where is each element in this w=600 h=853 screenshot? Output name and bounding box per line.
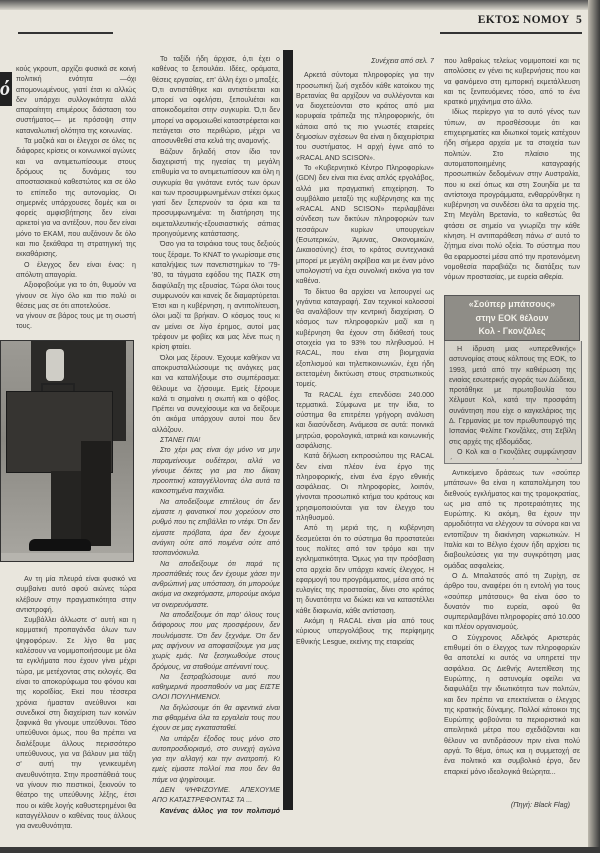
header-rule-left [18,32,113,34]
header-rule-right [440,32,582,34]
paragraph: ΣΤΑΝΕΙ ΠΙΑ! [152,435,280,445]
paragraph: Ο Δ. Μπαλατσός από τη Ζυρίχη, σε άρθρο τ… [444,571,580,633]
column-2: Το ταξίδι ήδη άρχισε, ό,τι έχει ο καθένα… [152,54,280,814]
column-3: Συνέχεια από σελ. 7 Αρκετά σύντομα πληρο… [296,56,434,816]
scan-shadow-right [588,0,600,853]
column-4-bottom: Αντικείμενο δράσεως των «σούπερ μπάτσων»… [444,468,580,796]
paragraph: Αξιοφοβούμε για το ότι, θυμούν να γίνουν… [16,280,136,311]
column-1-top: κούς γκρουπ, αρχίζει φυσικά σε κοινή πολ… [16,64,136,336]
paragraph: Να δηλώσουμε ότι θα αφεντικά είναι πια φ… [152,703,280,734]
boxed-article: Η ίδρυση μιας «υπερεθνικής» αστυνομίας σ… [444,341,582,464]
page-number: 5 [576,14,582,26]
paragraph: Τα RACAL έχει επενδύσει 240.000 τερματικ… [296,390,434,452]
paragraph: Αντικείμενο δράσεως των «σούπερ μπάτσων»… [444,468,580,571]
page-header: ΕΚΤΟΣ ΝΟΜΟΥ 5 [440,12,588,34]
paragraph: Το δίκτυο θα αρχίσει να λειτουργεί ως γι… [296,287,434,390]
paragraph: κούς γκρουπ, αρχίζει φυσικά σε κοινή πολ… [16,64,136,136]
boxed-article-headline: «Σούπερ μπάτσους» στην ΕΟΚ θέλουν Κολ - … [444,295,580,341]
paragraph: Να ξεστραβώσουμε αυτό που καθημερινά προ… [152,672,280,703]
paragraph: Συμβάλλει άλλωστε σ' αυτή και η κομματικ… [16,615,136,831]
paragraph: Όλοι μας ξέρουν. Έχουμε καθήκον να αποκρ… [152,353,280,435]
briefcase-photo [0,340,134,562]
boxed-article-text: Η ίδρυση μιας «υπερεθνικής» αστυνομίας σ… [449,344,576,460]
paragraph: Ο Σύγχρονος Αδελφός Αριστεράς επιθυμεί ό… [444,633,580,777]
paragraph: Ακόμη η RACAL είναι μία από τους κύριους… [296,616,434,647]
paragraph: Κατά δήλωση εκπροσώπου της RACAL δεν είν… [296,451,434,523]
edge-tab: ό [0,72,12,106]
scan-shadow-top [0,0,600,10]
paragraph: Αρκετά σύντομα πληροφορίες για την προσω… [296,70,434,163]
paragraph: ΔΕΝ ΨΗΦΙΖΟΥΜΕ. ΑΠΕΧΟΥΜΕ ΑΠΟ ΚΑΤΑΣΤΡΕΦΟΝΤ… [152,785,280,806]
scan-shadow-bottom [0,847,600,853]
paragraph: Ο έλεγχος δεν είναι ένας: η απόλυτη απαγ… [16,260,136,281]
paragraph: Να αποδείξουμε ότι παρ' όλους τους διάφο… [152,610,280,672]
paragraph: Το «Κυβερνητικό Κέντρο Πληροφορίων» (GDN… [296,163,434,287]
paragraph: Η ίδρυση μιας «υπερεθνικής» αστυνομίας σ… [449,344,576,447]
paragraph: Να αποδείξουμε ότι παρά τις προσπάθειές … [152,559,280,610]
paragraph: Όσο για τα τσιράκια τους τους δεξιούς το… [152,239,280,352]
paragraph: Τα μαζικά και οι έλεγχοι σε όλες τις διά… [16,136,136,260]
newspaper-page: ΕΚΤΟΣ ΝΟΜΟΥ 5 ό κούς γκρουπ, αρχίζει φυσ… [0,0,588,848]
column-divider-bar [283,50,293,810]
paragraph: Το ταξίδι ήδη άρχισε, ό,τι έχει ο καθένα… [152,54,280,147]
paragraph: Ιδίως περίεργο για το αυτό γένος των τύπ… [444,107,580,282]
column-1-bottom: Αν τη μία πλευρά είναι φυσικό να συμβαίν… [16,574,136,834]
paragraph: Ο Κολ και ο Γκονζάλες συμφώνησαν ότι η σ… [449,447,576,460]
paragraph: Βάζουν δηλαδή στον ίδιο τον διαχειριστή … [152,147,280,240]
paragraph: Κανένας άλλος για τον πολιτισμό της σαπί… [152,806,280,814]
continuation-note: Συνέχεια από σελ. 7 [296,56,434,66]
paragraph: Στο χέρι μας είναι όχι μόνο να μην παραμ… [152,445,280,496]
paragraph: να γίνουν σε βάρος τους με τη σωστή τους… [16,311,136,332]
section-title: ΕΚΤΟΣ ΝΟΜΟΥ 5 [478,14,582,26]
paragraph: Αν τη μία πλευρά είναι φυσικό να συμβαίν… [16,574,136,615]
source-signature: (Πηγή: Black Flag) [511,800,570,809]
paragraph: Από τη μεριά της, η κυβέρνηση δεσμεύεται… [296,523,434,616]
paragraph: Να αποδείξουμε επιτέλους ότι δεν είμαστε… [152,497,280,559]
paragraph: Να υπάρξει έξοδος τους μόνο στο αυτοπροσ… [152,734,280,785]
paragraph: που λαθραίως τελείως νομιμοποιεί και τις… [444,56,580,107]
column-4-top: που λαθραίως τελείως νομιμοποιεί και τις… [444,56,580,292]
